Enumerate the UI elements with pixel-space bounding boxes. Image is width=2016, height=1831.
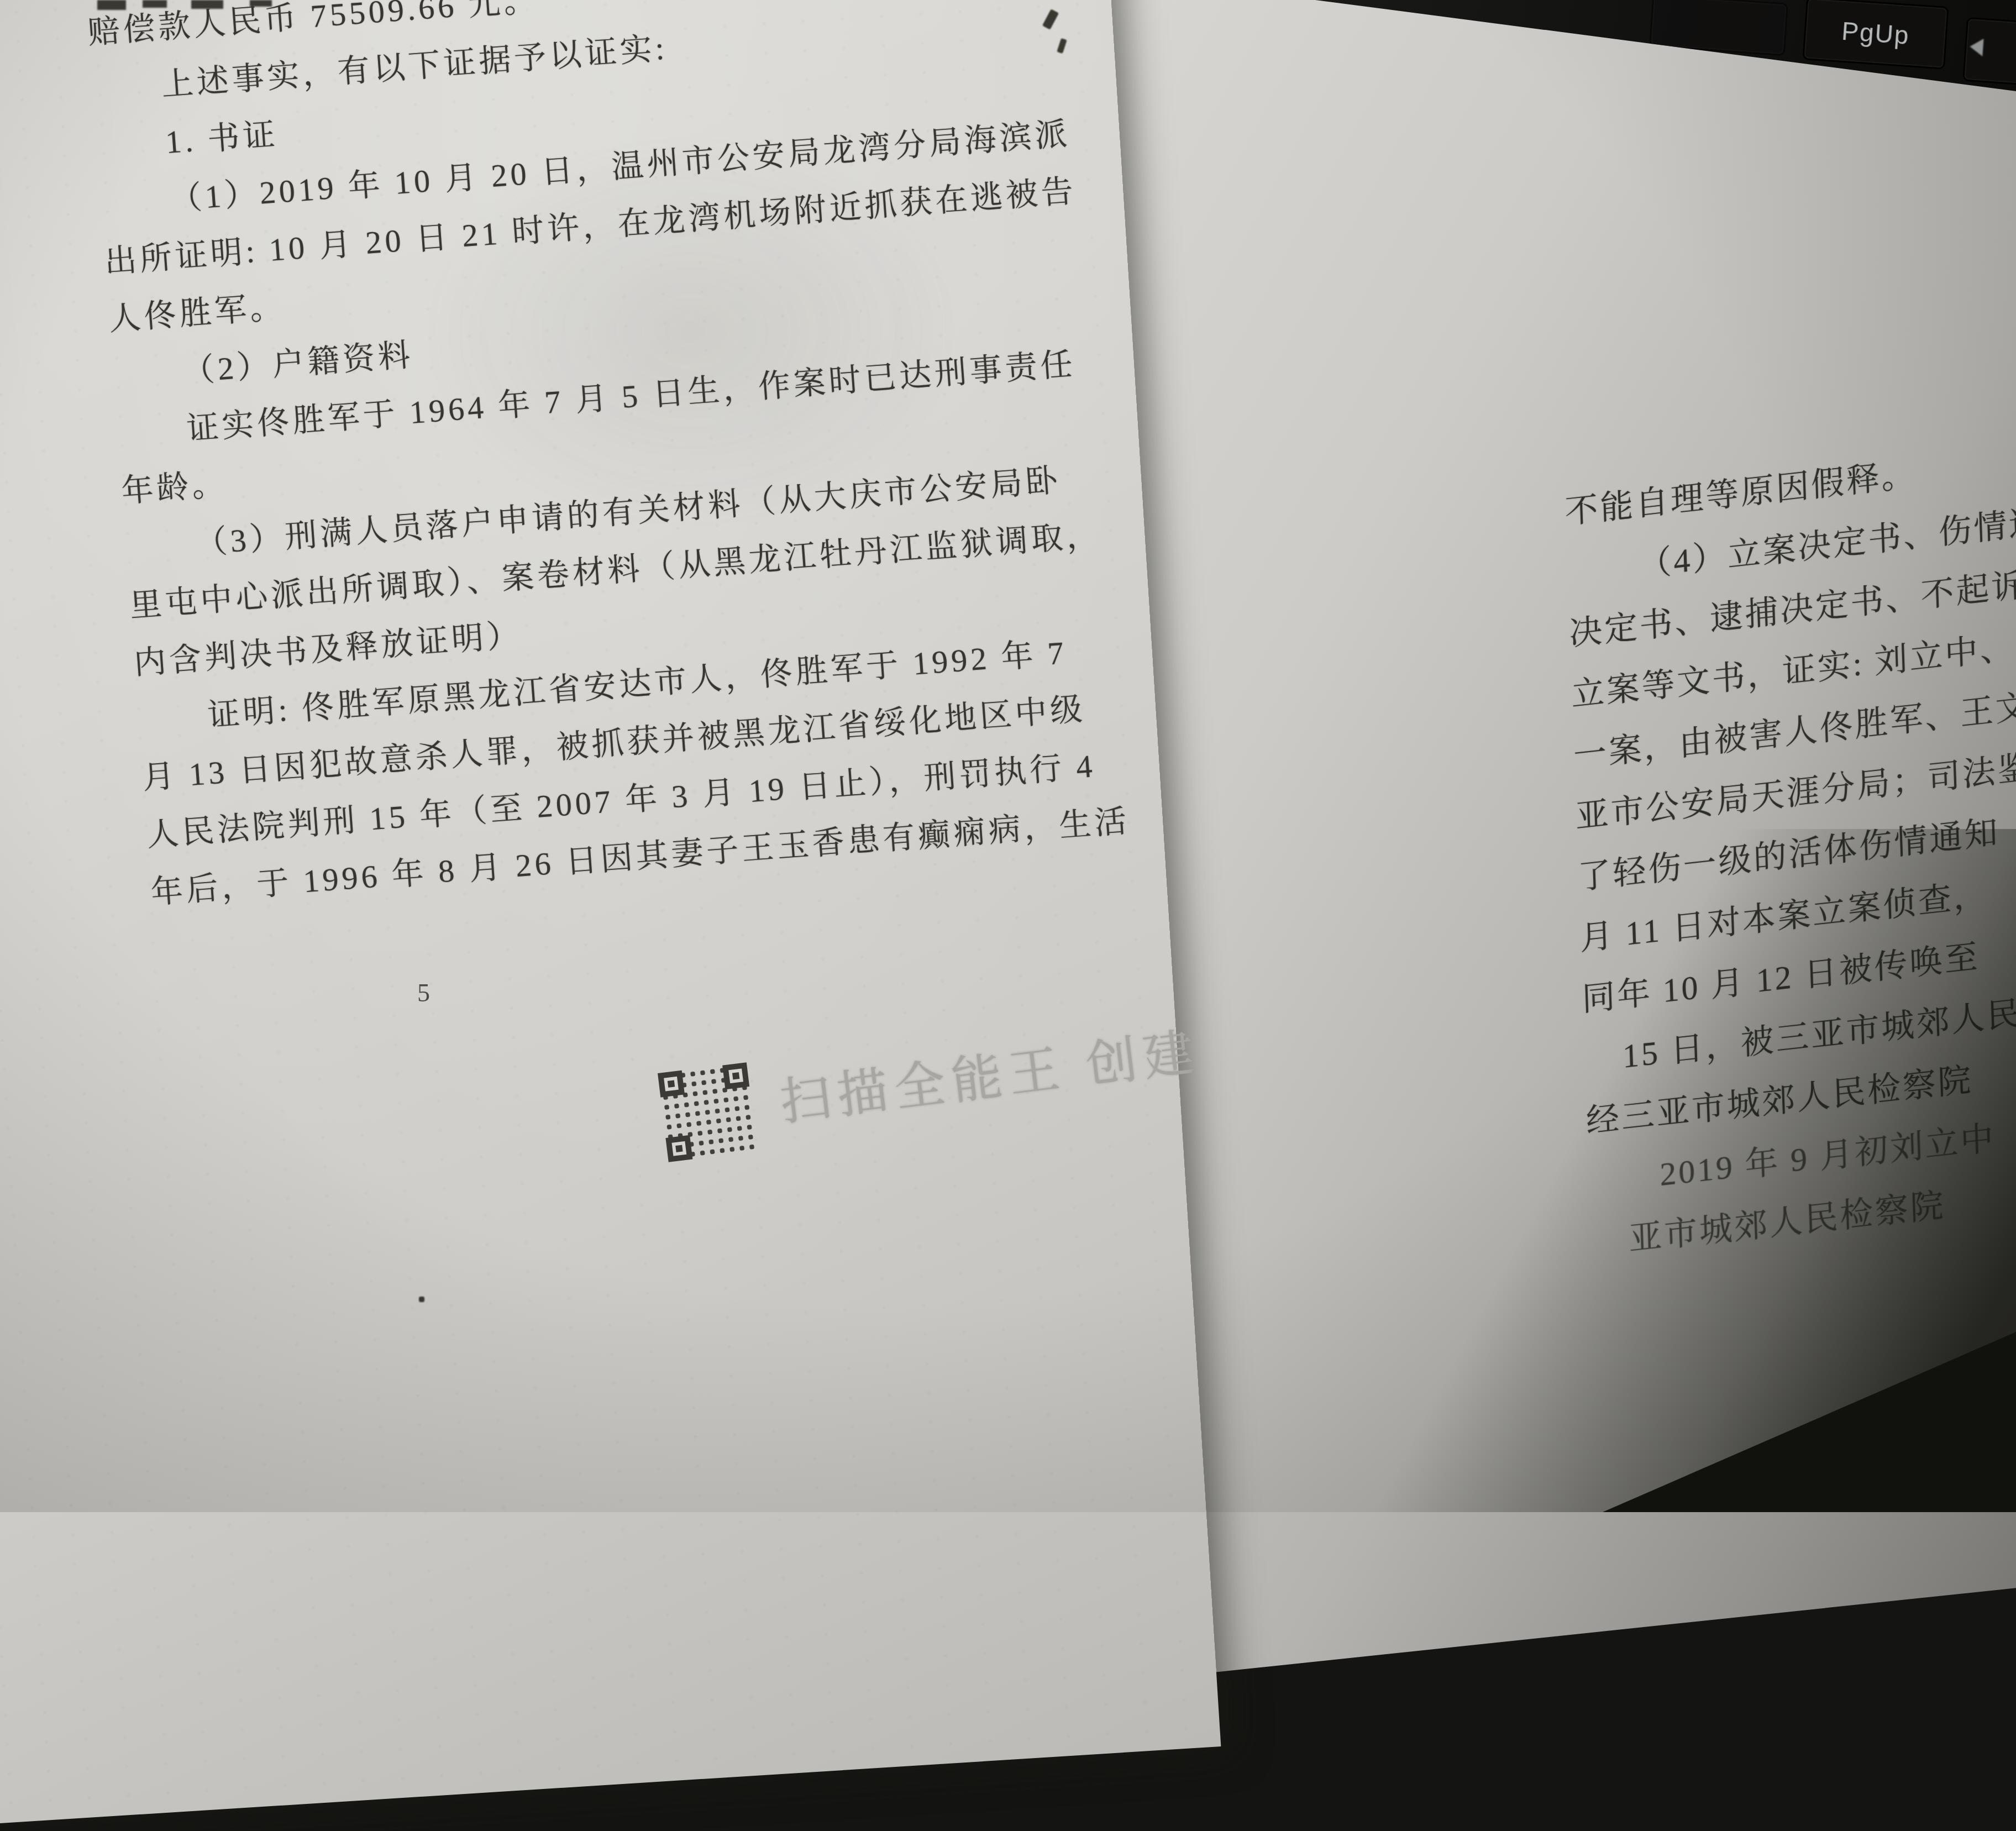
cut-off-text-fragment — [97, 0, 126, 10]
left-page-text: 赔偿款人民币 75509.66 元。上述事实，有以下证据予以证实:1. 书证（1… — [86, 0, 1338, 922]
right-page-text: 不能自理等原因假释。（4）立案决定书、伤情通决定书、逮捕决定书、不起诉立案等文书… — [1564, 413, 2016, 1274]
cut-off-text-fragment — [250, 0, 272, 7]
cut-off-text-fragment — [143, 0, 167, 8]
arrow-key-fragment — [1964, 19, 2016, 84]
cut-off-text-fragment — [191, 0, 223, 9]
qr-finder-icon — [722, 1062, 749, 1089]
page-number: 5 — [417, 978, 431, 1008]
qr-finder-icon — [665, 1135, 692, 1162]
pgup-key: PgUp — [1804, 0, 1947, 68]
qr-code-icon — [658, 1062, 758, 1162]
qr-finder-icon — [658, 1071, 685, 1098]
arrow-icon — [1969, 38, 1983, 56]
ink-speck — [419, 1297, 424, 1302]
pgup-key-label: PgUp — [1841, 16, 1911, 50]
photo-scene: { "keyboard": { "pgup_key_label": "PgUp"… — [0, 0, 2016, 1512]
keyboard-key — [1651, 0, 1787, 54]
